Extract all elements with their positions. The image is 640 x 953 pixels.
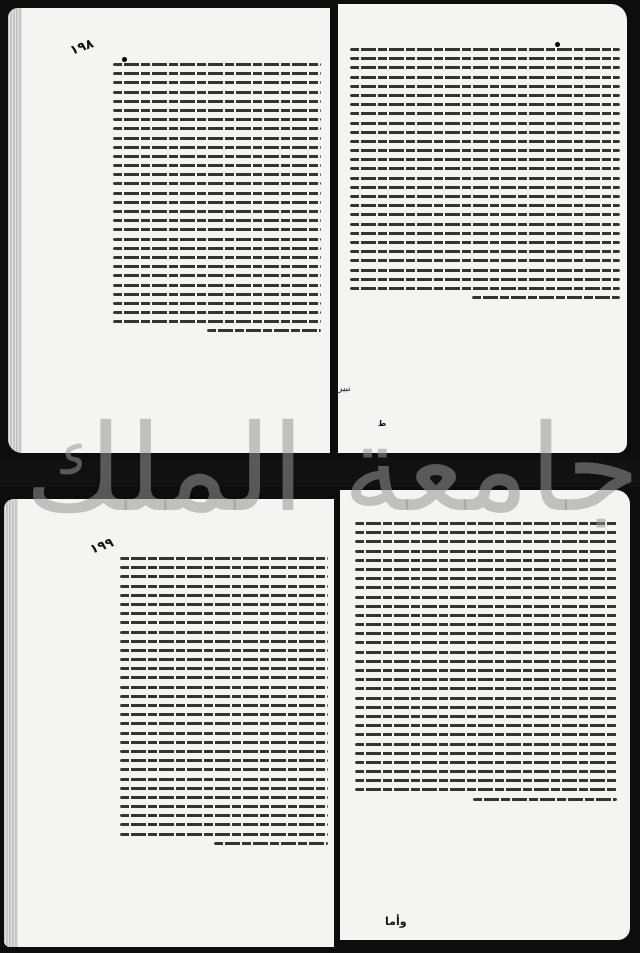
manuscript-line bbox=[355, 697, 617, 700]
manuscript-line bbox=[355, 678, 617, 681]
manuscript-line bbox=[120, 676, 328, 679]
manuscript-line bbox=[350, 259, 620, 262]
manuscript-line bbox=[113, 100, 321, 103]
manuscript-line bbox=[120, 575, 328, 578]
manuscript-line bbox=[350, 66, 620, 69]
page-edge bbox=[8, 8, 22, 453]
manuscript-line bbox=[120, 649, 328, 652]
manuscript-line bbox=[355, 540, 617, 543]
ink-mark bbox=[122, 57, 127, 62]
manuscript-line bbox=[120, 594, 328, 597]
ink-mark bbox=[555, 42, 560, 47]
manuscript-line bbox=[350, 112, 620, 115]
manuscript-line bbox=[355, 752, 617, 755]
manuscript-line bbox=[120, 805, 328, 808]
manuscript-line bbox=[120, 796, 328, 799]
manuscript-line bbox=[350, 149, 620, 152]
manuscript-line bbox=[113, 118, 321, 121]
manuscript-line bbox=[120, 585, 328, 588]
manuscript-line bbox=[120, 759, 328, 762]
manuscript-line bbox=[355, 779, 617, 782]
manuscript-line bbox=[113, 201, 321, 204]
manuscript-line bbox=[355, 641, 617, 644]
manuscript-line bbox=[113, 311, 321, 314]
manuscript-line bbox=[355, 733, 617, 736]
manuscript-line bbox=[350, 103, 620, 106]
manuscript-line bbox=[350, 278, 620, 281]
manuscript-line bbox=[113, 265, 321, 268]
manuscript-line bbox=[355, 687, 617, 690]
manuscript-line bbox=[113, 91, 321, 94]
manuscript-line bbox=[350, 48, 620, 51]
manuscript-line bbox=[355, 651, 617, 654]
manuscript-line bbox=[355, 788, 617, 791]
manuscript-line bbox=[350, 140, 620, 143]
manuscript-line bbox=[355, 577, 617, 580]
manuscript-line bbox=[355, 669, 617, 672]
manuscript-line bbox=[120, 686, 328, 689]
manuscript-line bbox=[120, 612, 328, 615]
manuscript-line bbox=[113, 182, 321, 185]
manuscript-line bbox=[355, 550, 617, 553]
manuscript-line bbox=[113, 63, 321, 66]
manuscript-line bbox=[113, 155, 321, 158]
manuscript-line bbox=[113, 137, 321, 140]
manuscript-line bbox=[113, 228, 321, 231]
manuscript-line bbox=[113, 284, 321, 287]
manuscript-line bbox=[120, 658, 328, 661]
manuscript-line bbox=[350, 241, 620, 244]
manuscript-line bbox=[355, 586, 617, 589]
manuscript-line bbox=[350, 269, 620, 272]
manuscript-line bbox=[113, 109, 321, 112]
manuscript-line bbox=[120, 722, 328, 725]
manuscript-line bbox=[120, 640, 328, 643]
manuscript-line bbox=[113, 81, 321, 84]
manuscript-line bbox=[120, 557, 328, 560]
manuscript-line bbox=[120, 750, 328, 753]
text-block bbox=[350, 48, 620, 305]
manuscript-line bbox=[355, 660, 617, 663]
manuscript-line bbox=[113, 247, 321, 250]
manuscript-line bbox=[350, 57, 620, 60]
manuscript-line bbox=[355, 614, 617, 617]
manuscript-line bbox=[350, 223, 620, 226]
manuscript-line bbox=[113, 210, 321, 213]
manuscript-line bbox=[207, 329, 321, 332]
manuscript-line bbox=[355, 761, 617, 764]
manuscript-line bbox=[120, 566, 328, 569]
manuscript-line bbox=[350, 122, 620, 125]
manuscript-line bbox=[350, 195, 620, 198]
manuscript-line bbox=[120, 603, 328, 606]
text-block bbox=[120, 557, 328, 851]
top-spread: ١٩٨ نبير ط bbox=[0, 0, 640, 458]
manuscript-line bbox=[355, 605, 617, 608]
manuscript-line bbox=[120, 778, 328, 781]
manuscript-line bbox=[350, 186, 620, 189]
manuscript-line bbox=[350, 131, 620, 134]
page-198: ١٩٨ bbox=[8, 8, 330, 453]
manuscript-line bbox=[350, 158, 620, 161]
manuscript-line bbox=[350, 76, 620, 79]
manuscript-line bbox=[120, 704, 328, 707]
manuscript-line bbox=[355, 706, 617, 709]
page-right-bottom: وأما bbox=[340, 490, 630, 940]
page-right-top: نبير ط bbox=[338, 4, 627, 453]
manuscript-line bbox=[120, 621, 328, 624]
manuscript-line bbox=[355, 770, 617, 773]
manuscript-line bbox=[120, 667, 328, 670]
manuscript-line bbox=[355, 743, 617, 746]
manuscript-line bbox=[113, 274, 321, 277]
manuscript-line bbox=[113, 219, 321, 222]
manuscript-line bbox=[113, 256, 321, 259]
manuscript-line bbox=[355, 522, 617, 525]
manuscript-line bbox=[355, 568, 617, 571]
manuscript-line bbox=[350, 204, 620, 207]
manuscript-line bbox=[120, 713, 328, 716]
manuscript-line bbox=[355, 715, 617, 718]
catchword: وأما bbox=[385, 915, 407, 928]
manuscript-line bbox=[120, 787, 328, 790]
manuscript-line bbox=[355, 623, 617, 626]
manuscript-line bbox=[113, 127, 321, 130]
manuscript-line bbox=[113, 164, 321, 167]
manuscript-line bbox=[120, 732, 328, 735]
bottom-spread: ١٩٩ وأما bbox=[0, 487, 640, 953]
manuscript-line bbox=[120, 631, 328, 634]
manuscript-line bbox=[355, 724, 617, 727]
manuscript-line bbox=[214, 842, 328, 845]
manuscript-line bbox=[350, 94, 620, 97]
manuscript-line bbox=[355, 632, 617, 635]
manuscript-line bbox=[113, 238, 321, 241]
manuscript-line bbox=[113, 72, 321, 75]
page-number: ١٩٩ bbox=[88, 535, 116, 557]
page-number: ١٩٨ bbox=[68, 36, 96, 58]
manuscript-line bbox=[350, 232, 620, 235]
manuscript-line bbox=[113, 192, 321, 195]
manuscript-line bbox=[113, 173, 321, 176]
manuscript-line bbox=[120, 768, 328, 771]
manuscript-line bbox=[350, 85, 620, 88]
manuscript-line bbox=[120, 741, 328, 744]
manuscript-line bbox=[113, 293, 321, 296]
manuscript-line bbox=[120, 833, 328, 836]
manuscript-line bbox=[113, 146, 321, 149]
manuscript-line bbox=[120, 823, 328, 826]
manuscript-line bbox=[120, 814, 328, 817]
manuscript-line bbox=[350, 177, 620, 180]
margin-note: نبير bbox=[338, 384, 351, 394]
manuscript-line bbox=[113, 320, 321, 323]
manuscript-line bbox=[120, 695, 328, 698]
manuscript-line bbox=[350, 213, 620, 216]
text-block bbox=[355, 522, 617, 807]
manuscript-line bbox=[350, 167, 620, 170]
manuscript-line bbox=[355, 559, 617, 562]
manuscript-line bbox=[113, 302, 321, 305]
manuscript-line bbox=[473, 798, 617, 801]
manuscript-line bbox=[472, 296, 621, 299]
manuscript-line bbox=[350, 287, 620, 290]
page-199: ١٩٩ bbox=[4, 499, 334, 947]
text-block bbox=[113, 63, 321, 339]
manuscript-line bbox=[350, 250, 620, 253]
page-edge bbox=[4, 499, 18, 947]
manuscript-line bbox=[355, 531, 617, 534]
end-mark: ط bbox=[378, 419, 386, 428]
manuscript-line bbox=[355, 596, 617, 599]
